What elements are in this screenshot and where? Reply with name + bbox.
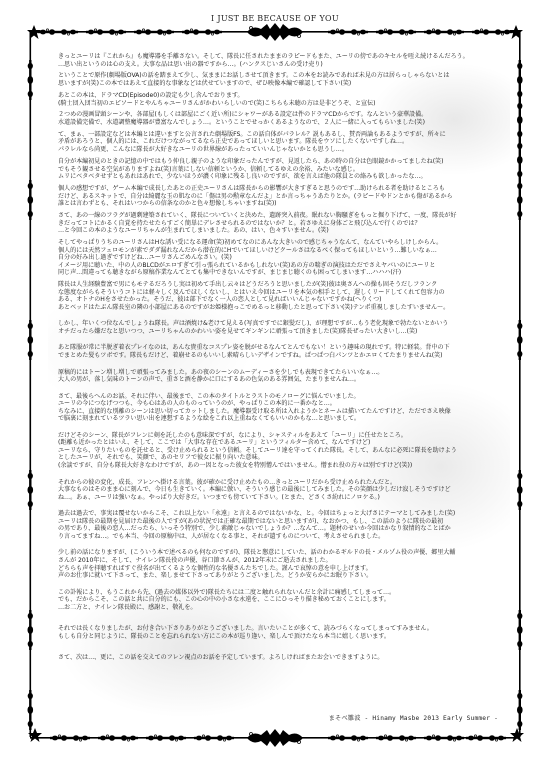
- author-signature: まそべ雛波 - Hinamy Masbe 2013 Early Summer -: [329, 713, 498, 722]
- paragraph: さて、あの一線のフラグが過剰建築されていく、隊長についていくと決めた、遺跡突入前…: [58, 212, 502, 235]
- paragraph: さて、次は…、更に、この話を交えてのフレン視点のお話を予定しています。よろしけれ…: [58, 654, 502, 662]
- paragraph: あとこの本は、ドラマCD(Episode0)の設定も少し含んでおります。 (騎士…: [58, 92, 502, 107]
- paragraph: ２つめの漫画冒頭シーンや、各部屋(もしくは部屋にごく近い所)にシャワーがある設定…: [58, 111, 502, 126]
- paragraph: しかし、年いくつ位なんでしょうね隊長。声は酒焼け&老けて見える(写真ですでに銀髪…: [58, 320, 502, 335]
- paragraph: て、まぁ、一部設定などは本編とは違いますと公言された劇場版FS。この話自体がパラ…: [58, 131, 502, 154]
- paragraph: 自分が本編初見のときの記憶の中ではもう仲良し親子のような印象だったんですが、見返…: [58, 158, 502, 181]
- bottom-border: [28, 728, 524, 747]
- paragraph: そしてやっぱりうちのユーリさんはHな誘い受になる運命(笑)初めてなのにあんな大き…: [58, 239, 502, 277]
- paragraph: この訃報により、もうこれから先、(過去の媒体以外で)隊長たちには二度と触れられな…: [58, 589, 502, 612]
- paragraph: 原稿的にはトーン増し増しで頑張ってみました。あの夜のシーンのムーディーさを少しで…: [58, 369, 502, 384]
- paragraph: 隊長は人生経験豊富で男にもモテるだろうし実は初めて手出し云々はどうだろうと思いま…: [58, 281, 502, 311]
- paragraph: それからの彼の変化、成長。フレンへ掛ける言葉。彼が確かに受け止めたもの…きっとユ…: [58, 479, 502, 502]
- top-border: [27, 23, 523, 41]
- paragraph: さて、最後らへんのお話。それに伴い、最後まで、この本のタイトルとラストのモノロー…: [58, 393, 502, 423]
- paragraph: それでは長くなりましたが、お付き合い下さりありがとうございました。言いたいことが…: [58, 625, 502, 640]
- afterword-body: きっとユーリは『これから』も魔導器を手離さない。そして、隊長に任されたままのラピ…: [58, 53, 502, 666]
- paragraph: 過去は過去で、事実は覆せないからこそ、これ以上ない「永遠」と言えるのではないかな…: [58, 510, 502, 540]
- paragraph: あと隊服が常に半脱ぎ着衣プレイなのは、あんな貴重なコスプレ姿を脱がせるなんてとん…: [58, 344, 502, 359]
- paragraph: 少し前の話になりますが、(こういう本で述べるのも何なのですが)、隊長と懇意にして…: [58, 549, 502, 579]
- right-border: [517, 32, 523, 737]
- paragraph: だけどそのシーン、隊長がフレンに剣を託したのも意味深ですが、なにより、シャスティ…: [58, 432, 502, 470]
- paragraph: ということで原作(劇場版OVA)の話を踏まえて少し、気ままにお話しさせて頂きます…: [58, 72, 502, 87]
- paragraph: きっとユーリは『これから』も魔導器を手離さない。そして、隊長に任されたままのラピ…: [58, 53, 502, 68]
- paragraph: 個人の感想ですが、ゲーム本編で成長したあとの正史ユーリさんは隊長からの影響が大き…: [58, 185, 502, 208]
- left-border: [28, 32, 34, 737]
